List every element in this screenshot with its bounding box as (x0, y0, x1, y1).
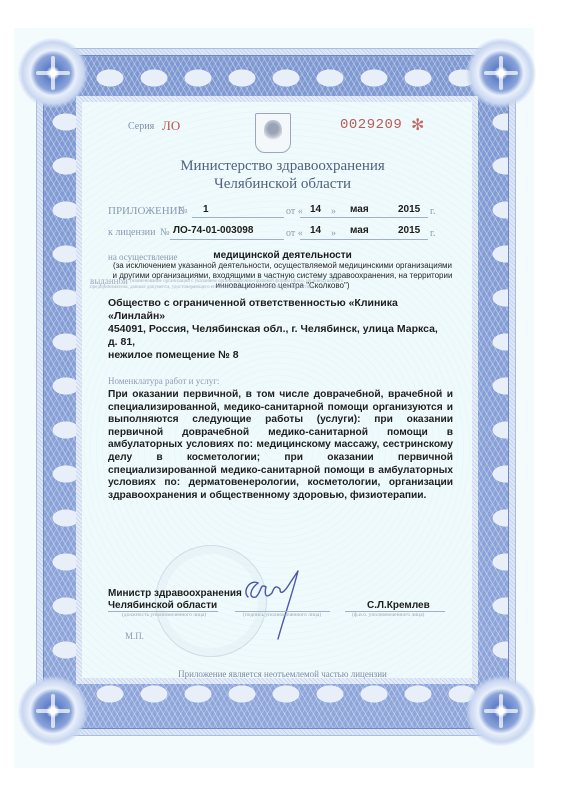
organization-premises: нежилое помещение № 8 (108, 349, 448, 362)
serie-label: Серия (128, 121, 154, 132)
ministry-title-line-2: Челябинской области (0, 175, 565, 193)
appendix-date-underline (300, 217, 428, 218)
name-hint: (ф.и.о. уполномоченного лица) (352, 612, 424, 618)
appendix-date-prefix: от « (286, 206, 303, 217)
organization-block: Общество с ограниченной ответственностью… (108, 297, 448, 362)
ministry-title: Министерство здравоохранения Челябинской… (0, 157, 565, 193)
license-number-underline (170, 239, 284, 240)
license-year: 2015 (398, 225, 420, 236)
serie-value: ЛО (162, 118, 180, 134)
corner-ornament-bottom-right (466, 676, 536, 746)
license-date-prefix: от « (286, 228, 303, 239)
issued-hint-line-1: (наименование организации с указанием ор… (130, 279, 343, 284)
license-day: 14 (310, 225, 321, 236)
license-number: ЛО-74-01-003098 (173, 225, 253, 236)
license-year-suffix: г. (430, 228, 435, 239)
corner-ornament-top-right (466, 38, 536, 108)
appendix-month: мая (350, 204, 369, 215)
seal-label: М.П. (125, 631, 144, 641)
footer-note: Приложение является неотъемлемой частью … (0, 669, 565, 679)
serial-mark-icon: ✻ (411, 115, 424, 135)
signatory-role: Министр здравоохранения Челябинской обла… (108, 588, 242, 612)
ministry-title-line-1: Министерство здравоохранения (0, 157, 565, 175)
activity-note-line-1: (за исключением указанной деятельности, … (105, 261, 460, 271)
appendix-number-sign: № (178, 205, 188, 216)
license-number-sign: № (160, 227, 170, 238)
services-text: При оказании первичной, в том числе довр… (108, 389, 453, 502)
coat-of-arms-icon (255, 113, 291, 153)
license-month: мая (350, 225, 369, 236)
organization-address: 454091, Россия, Челябинская обл., г. Чел… (108, 323, 448, 349)
serial-number: 0029209 (340, 117, 402, 133)
signature-hint: (подпись уполномоченного лица) (243, 612, 321, 618)
appendix-year-suffix: г. (430, 206, 435, 217)
activity-name: медицинской деятельности (0, 250, 565, 261)
license-date-underline (300, 239, 428, 240)
license-label: к лицензии (108, 227, 156, 238)
appendix-label: ПРИЛОЖЕНИЕ (108, 205, 184, 217)
license-day-close: » (331, 228, 336, 239)
appendix-number-underline (192, 217, 284, 218)
appendix-number: 1 (203, 204, 209, 215)
services-label: Номенклатура работ и услуг: (108, 376, 219, 386)
appendix-day: 14 (310, 204, 321, 215)
appendix-year: 2015 (398, 204, 420, 215)
organization-name: Общество с ограниченной ответственностью… (108, 297, 448, 323)
corner-ornament-top-left (18, 38, 88, 108)
signature-icon (240, 565, 310, 645)
issued-hint-line-2: предпринимателя, данные документа, удост… (90, 285, 313, 290)
corner-ornament-bottom-left (18, 676, 88, 746)
signatory-name: С.Л.Кремлев (367, 600, 430, 611)
appendix-day-close: » (331, 206, 336, 217)
signatory-role-line-1: Министр здравоохранения (108, 588, 242, 600)
role-hint: (должность уполномоченного лица) (122, 612, 206, 618)
